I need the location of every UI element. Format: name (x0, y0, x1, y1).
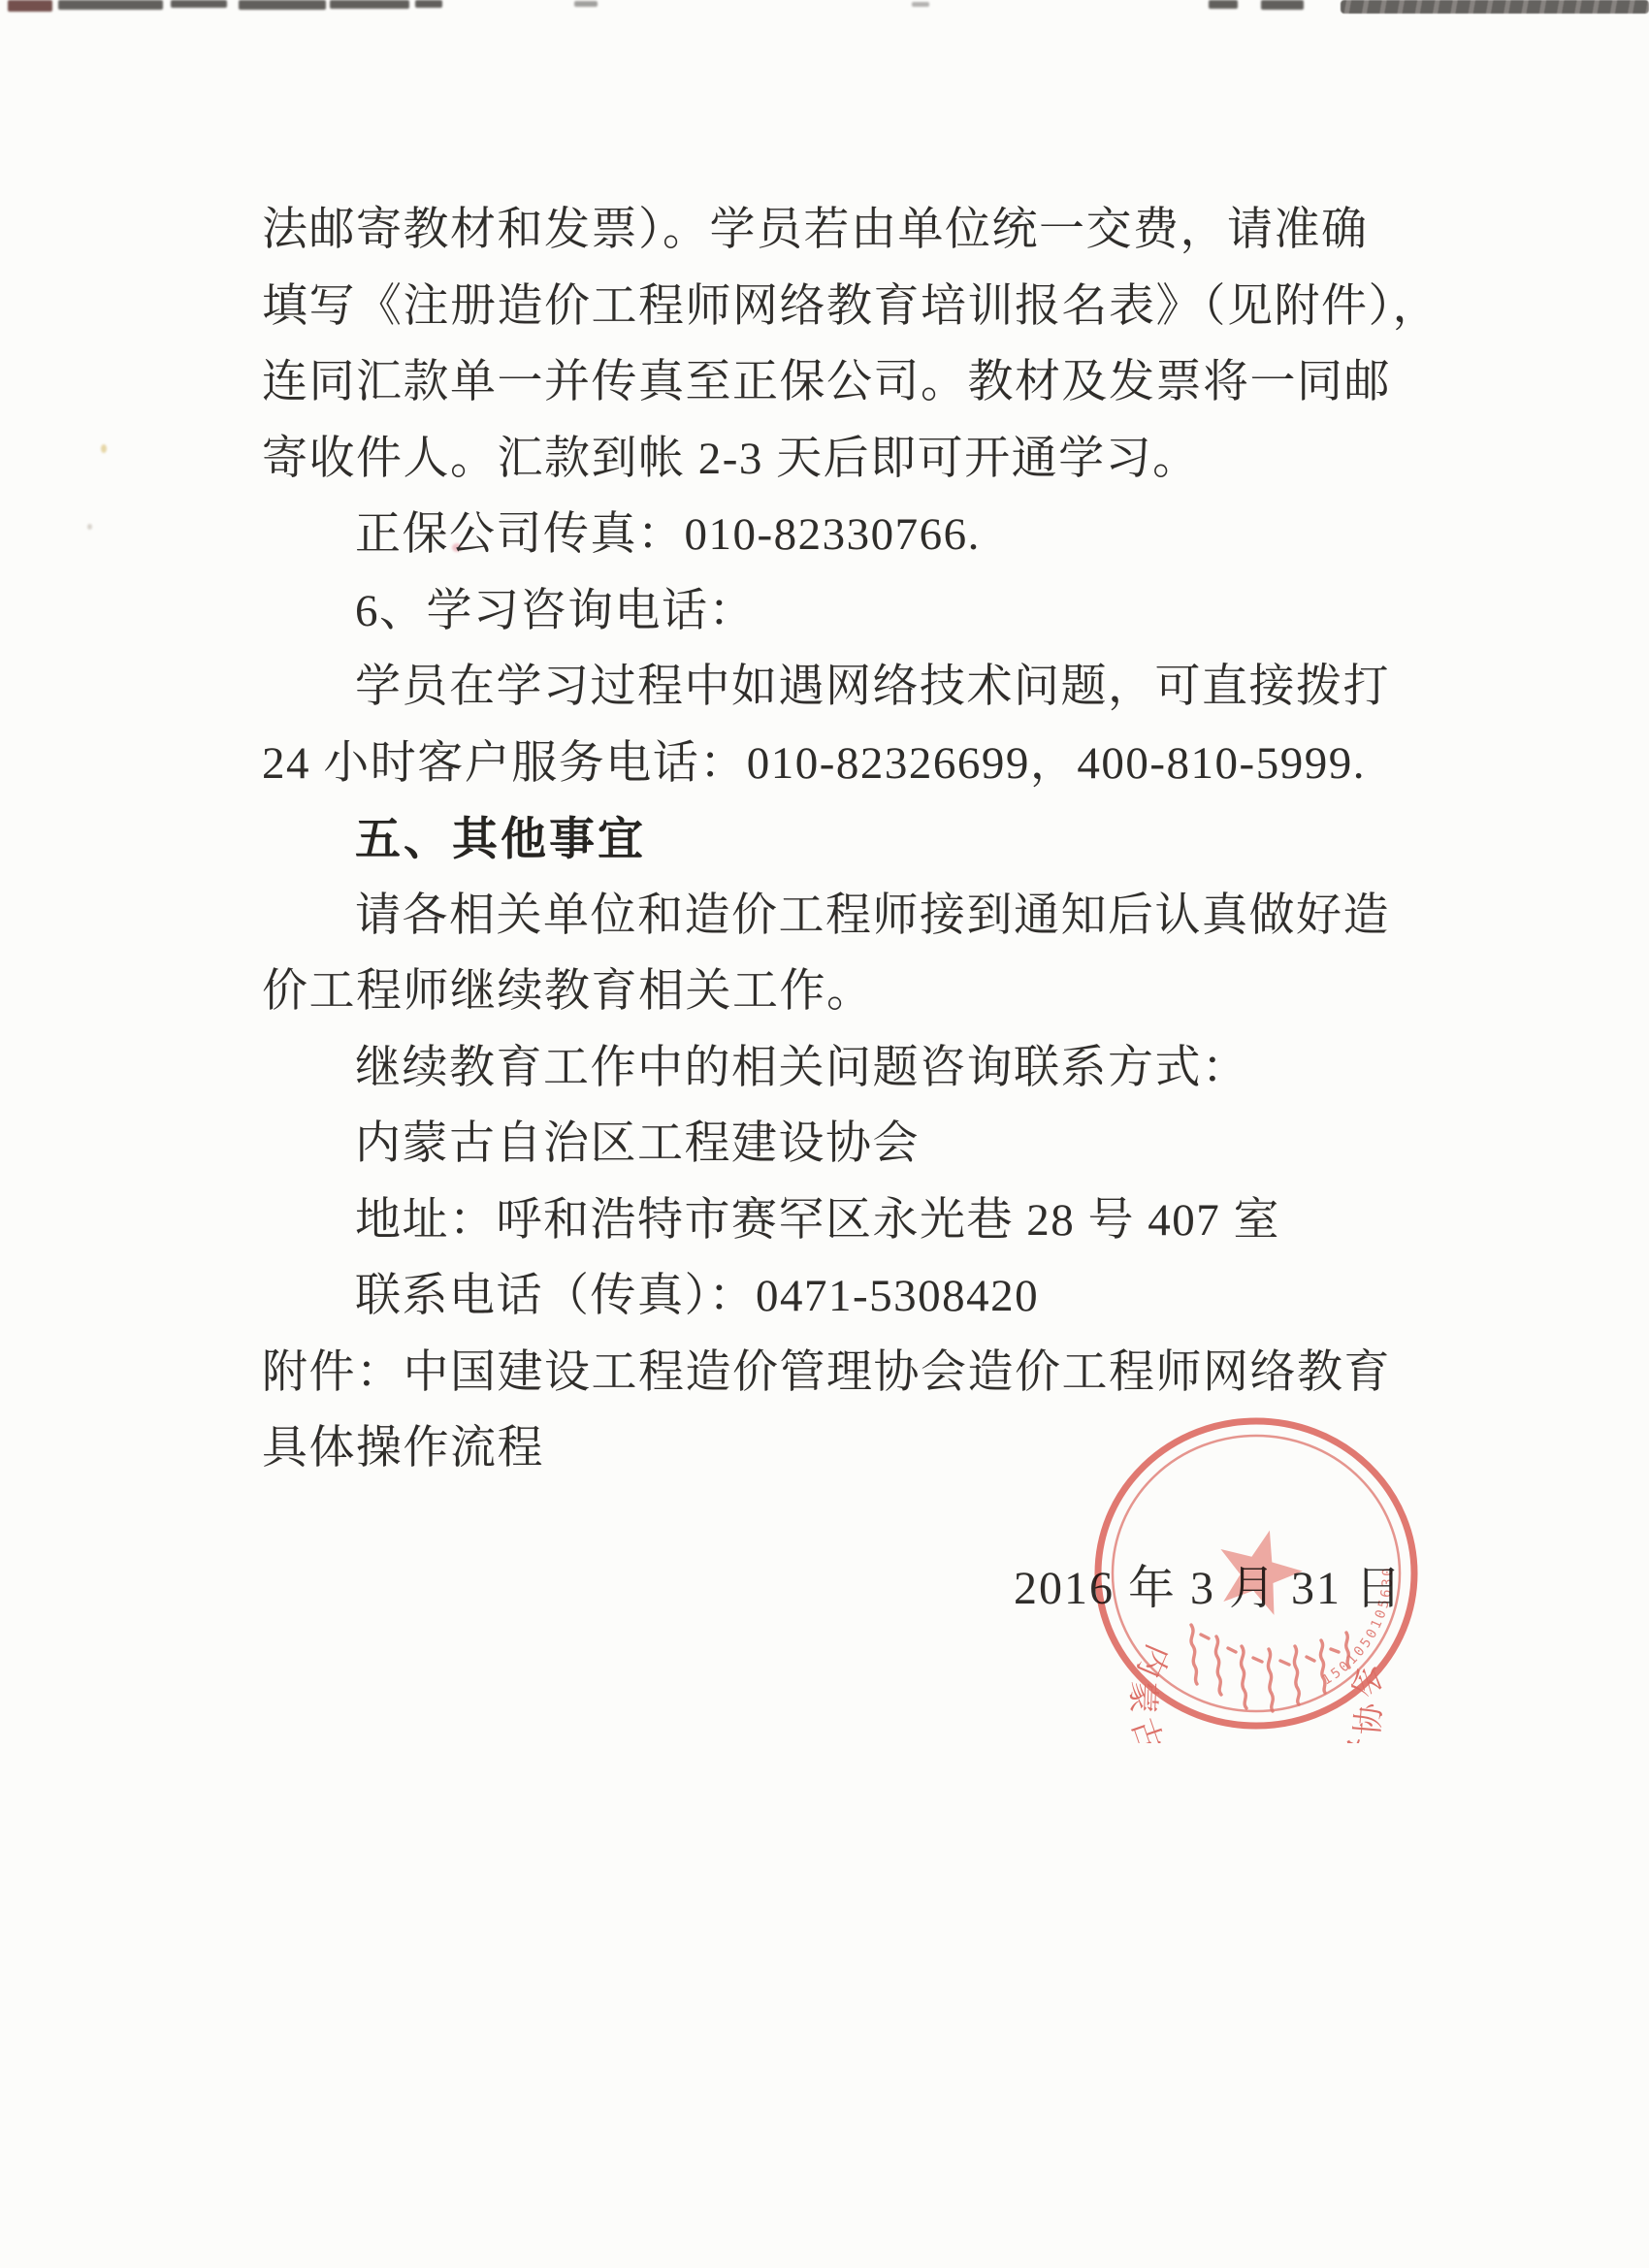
doc-line: 24 小时客户服务电话：010-82326699，400-810-5999. (262, 726, 1436, 802)
doc-line: 附件：中国建设工程造价管理协会造价工程师网络教育 (262, 1335, 1436, 1411)
doc-line: 内蒙古自治区工程建设协会 (262, 1106, 1436, 1183)
doc-heading: 五、其他事宜 (262, 801, 1436, 878)
doc-line: 连同汇款单一并传真至正保公司。教材及发票将一同邮 (262, 344, 1436, 421)
doc-line: 价工程师继续教育相关工作。 (262, 954, 1436, 1030)
scanned-page: 法邮寄教材和发票）。学员若由单位统一交费，请准确 填写《注册造价工程师网络教育培… (0, 0, 1649, 2268)
seal-star-icon (1208, 1519, 1310, 1619)
doc-line: 学员在学习过程中如遇网络技术问题，可直接拨打 (262, 649, 1436, 726)
doc-line: 寄收件人。汇款到帐 2-3 天后即可开通学习。 (262, 421, 1436, 498)
document-body: 法邮寄教材和发票）。学员若由单位统一交费，请准确 填写《注册造价工程师网络教育培… (262, 192, 1436, 1487)
doc-line: 法邮寄教材和发票）。学员若由单位统一交费，请准确 (262, 192, 1436, 269)
doc-line: 填写《注册造价工程师网络教育培训报名表》（见附件）， (262, 269, 1436, 345)
doc-line: 联系电话（传真）：0471-5308420 (262, 1258, 1436, 1335)
doc-line: 正保公司传真：010-82330766. (262, 497, 1436, 573)
doc-line: 请各相关单位和造价工程师接到通知后认真做好造 (262, 878, 1436, 955)
doc-line: 地址：呼和浩特市赛罕区永光巷 28 号 407 室 (262, 1183, 1436, 1259)
doc-line: 继续教育工作中的相关问题咨询联系方式： (262, 1030, 1436, 1107)
official-seal: 内蒙古自治区工程建设协会 1501050105630 (1086, 1404, 1426, 1743)
doc-line: 6、学习咨询电话： (262, 573, 1436, 650)
seal-mongolian-script (1191, 1625, 1349, 1711)
